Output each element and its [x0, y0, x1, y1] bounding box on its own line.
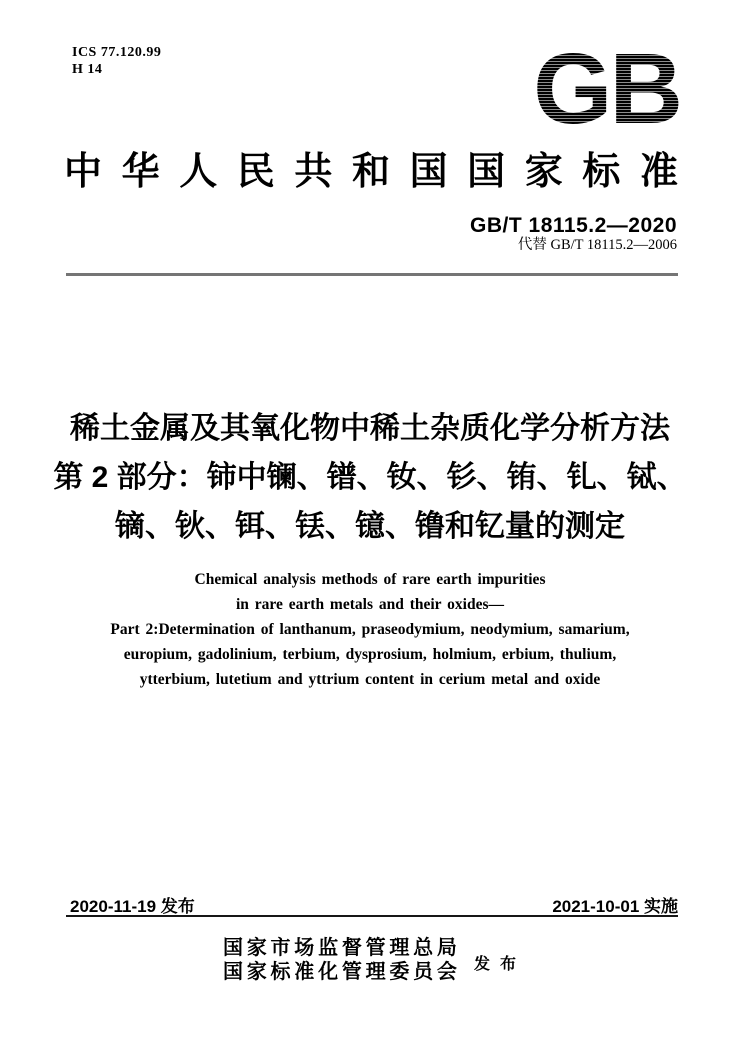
english-title-line-2: in rare earth metals and their oxides— — [0, 592, 740, 617]
issuing-authority-1: 国家市场监督管理总局 — [223, 936, 457, 960]
ics-block: ICS 77.120.99 H 14 — [72, 44, 161, 78]
gb-logo: GB — [524, 50, 680, 130]
bottom-divider-rule — [66, 915, 678, 917]
english-title-line-1: Chemical analysis methods of rare earth … — [0, 567, 740, 592]
standard-cover-page: ICS 77.120.99 H 14 GB 中华人民共和国国家标准 GB/T 1… — [0, 0, 740, 1045]
date-row: 2020-11-19 发布 2021-10-01 实施 — [70, 892, 678, 917]
chinese-title-line-1: 稀土金属及其氧化物中稀土杂质化学分析方法 — [0, 404, 740, 453]
gb-logo-text: GB — [521, 50, 680, 128]
english-title-line-5: ytterbium, lutetium and yttrium content … — [0, 667, 740, 692]
implementation-date: 2021-10-01 实施 — [552, 892, 678, 917]
publish-label: 发 布 — [474, 951, 516, 974]
standard-number: GB/T 18115.2—2020 — [470, 215, 677, 237]
replaced-standard-note: 代替 GB/T 18115.2—2006 — [518, 237, 677, 253]
english-title-line-4: europium, gadolinium, terbium, dysprosiu… — [0, 642, 740, 667]
issuing-authority-2: 国家标准化管理委员会 — [223, 960, 457, 984]
issuing-authorities: 国家市场监督管理总局 国家标准化管理委员会 — [223, 936, 457, 984]
issue-date: 2020-11-19 发布 — [70, 892, 195, 917]
ics-code: ICS 77.120.99 — [72, 44, 161, 61]
english-title-line-3: Part 2:Determination of lanthanum, prase… — [0, 617, 740, 642]
chinese-title-line-2: 第 2 部分：铈中镧、镨、钕、钐、铕、钆、铽、 — [0, 453, 740, 502]
english-title: Chemical analysis methods of rare earth … — [0, 567, 740, 692]
chinese-title-line-3: 镝、钬、铒、铥、镱、镥和钇量的测定 — [0, 502, 740, 551]
top-divider-rule — [66, 273, 678, 276]
national-standard-header: 中华人民共和国国家标准 — [64, 151, 678, 193]
chinese-title: 稀土金属及其氧化物中稀土杂质化学分析方法 第 2 部分：铈中镧、镨、钕、钐、铕、… — [0, 404, 740, 551]
classification-code: H 14 — [72, 61, 161, 78]
